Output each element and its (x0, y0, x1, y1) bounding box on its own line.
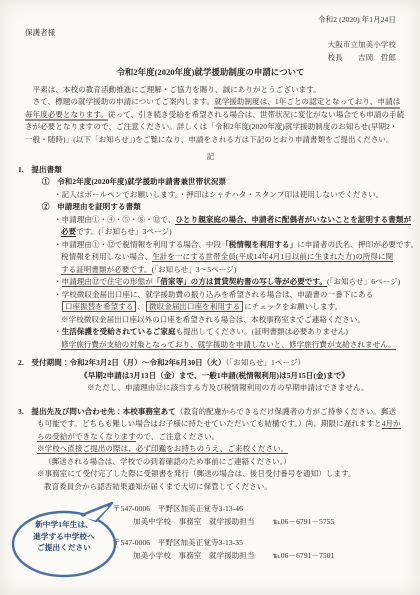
text-line: ・申請理由①・④・⑤・⑧・⑫で、ひとり親家庭の場合、申請者に配偶者がいないことを… (54, 214, 396, 227)
text-segment: ※事務室にて受付完了した際に受領書を発行（郵送の場合は、後日受付番号を通知）しま… (37, 469, 356, 478)
bubble-line: 新中学1年生は、 (16, 519, 112, 531)
bubble-line: ご提出ください (16, 542, 112, 554)
text-segment: に申請者の氏名、押印が必要です。 (297, 240, 418, 249)
document-footer: 新中学1年生は、 進学する中学校へ ご提出ください 〒547-0006 平野区加… (25, 503, 396, 593)
text-segment: ので、ご注意ください。 (136, 432, 219, 441)
text-segment: にチェックをお願いします。 (244, 302, 342, 311)
text-line: ・記入はボールペンでお願いします。・押印はシャチハタ・スタンプ印は使用しないでく… (54, 189, 396, 202)
text-line: 口座振替を希望する、徴収金届出口座を利用するにチェックをお願いします。 (61, 301, 396, 314)
text-line: 毎年度必要となります。従って、引き続き受給を希望される場合は、世帯状況に変化がな… (25, 109, 396, 122)
text-segment: 口座振替を希望する (62, 301, 136, 312)
contact-address: 〒547-0006 平野区加美正覚寺3-13-46 (113, 503, 396, 516)
document-title: 令和2年度(2020年度)就学援助制度の申請について (25, 67, 396, 80)
text-segment: 従って、引き続き受給を希望される場合は、世帯状況に変化がない場合でも申請の手続 (108, 110, 404, 119)
text-segment: ・ (54, 277, 62, 286)
text-line: も可能です。どちらも難しい場合はお子様に持たせていただいても結構です。）尚、期限… (37, 418, 396, 431)
text-segment: ※学校徴収金届出口座以外の口座を希望される場合は、本校事務室までご連絡ください。 (61, 315, 365, 324)
text-segment: 《早期2申請は3月13日（金）まで、一般1申請(税情報利用)は5月15日(金)ま… (80, 371, 349, 380)
text-segment: 毎年度必要となります。 (25, 110, 108, 122)
contact-office-line: 加美中学校 事務室 就学援助担当℡06－6791－5755 (133, 516, 396, 529)
bubble-line: 進学する中学校へ (16, 531, 112, 543)
text-line: （郵送される場合は、学校での到着確認のため事前にご連絡ください。） (44, 456, 396, 469)
text-segment: ※学校へ直接ご提出の際は、必ず印鑑をお持ちのうえ、ご来校ください。 (37, 444, 288, 454)
contact-office: 加美中学校 事務室 就学援助担当 (133, 517, 255, 526)
contact-junior-high-school: 〒547-0006 平野区加美正覚寺3-13-46 加美中学校 事務室 就学援助… (113, 503, 396, 528)
contact-address: 〒547-0006 平野区加美正覚寺3-13-35 (113, 537, 396, 550)
recipient: 保護者様 (25, 27, 396, 40)
text-segment: ・申請理由①・⑫で税情報を利用する場合、中段 (54, 240, 221, 249)
school-name: 大阪市立加美小学校 (25, 39, 396, 52)
text-line: ・生活保護を受給されているご家庭も提出してください。(証明書類は必要ありません) (54, 326, 396, 339)
text-line: ※学校徴収金届出口座以外の口座を希望される場合は、本校事務室までご連絡ください。 (61, 314, 396, 327)
text-line: ・申請理由①・⑫で税情報を利用する場合、中段「税情報を利用する」に申請者の氏名、… (54, 239, 396, 252)
text-line: さて、標題の就学援助の申請についてご案内します。就学援助制度は、1年ごとの認定と… (25, 96, 396, 109)
text-segment: 一般・随時)」(以下「お知らせ」)をご覧になり、申請をされる方は下記のとおり申請… (25, 135, 394, 144)
text-line: ② 申請理由を証明する書類 (42, 201, 396, 214)
text-segment: 申請理由⑫で住宅の形態が (62, 277, 153, 287)
document-body: 平素は、本校の教育活動推進にご理解・ご協力を賜り、誠にありがとうございます。 さ… (25, 84, 396, 494)
text-segment: ・記入はボールペンでお願いします。・押印はシャチハタ・スタンプ印は使用しないでく… (54, 190, 383, 199)
text-segment: ・学校徴収金届出口座に、就学援助費の振り込みを希望される場合は、申請書の一番下に… (54, 290, 373, 299)
text-segment: 生活保護を受給されているご家庭 (62, 327, 176, 336)
text-segment: 「借家等」の方は賃貸契約書の写し等が必要です。 (153, 277, 327, 287)
contact-tel: ℡06－6791－5755 (273, 517, 335, 526)
text-segment: も可能です。どちらも難しい場合はお子様に持たせていただいても結構です。）尚、期限… (37, 419, 382, 428)
text-line: する証明書類が必要です。(「お知らせ」3～5ページ) (61, 264, 396, 277)
text-line: 一般・随時)」(以下「お知らせ」)をご覧になり、申請をされる方は下記のとおり申請… (25, 134, 396, 147)
text-segment: （「お知らせ」1ページ） (226, 358, 306, 367)
text-segment: 平素は、本校の教育活動推進にご理解・ご協力を賜り、誠にありがとうございます。 (25, 85, 321, 94)
text-line: 平素は、本校の教育活動推進にご理解・ご協力を賜り、誠にありがとうございます。 (25, 84, 396, 97)
text-segment: 教育委員会から認否結果通知が届くまで大切に保管してください。 (44, 482, 272, 491)
text-segment: 「税情報を利用する」 (221, 240, 297, 249)
text-segment: ・ (54, 327, 62, 336)
text-segment: 就学援助制度は、1年ごとの認定となっており、申請は (214, 97, 400, 109)
text-line: 《早期2申請は3月13日（金）まで、一般1申請(税情報利用)は5月15日(金)ま… (80, 370, 396, 383)
text-segment: さて、標題の就学援助の申請についてご案内します。 (25, 97, 214, 106)
text-line: ① 令和2年度(2020年度)就学援助申請書兼世帯状況票 (42, 176, 396, 189)
text-line: ※学校へ直接ご提出の際は、必ず印鑑をお持ちのうえ、ご来校ください。 (37, 443, 396, 456)
text-line: 税情報を利用しない場合、生計を一にする世帯全員(平成14年4月1日以前に生まれた… (61, 251, 396, 264)
text-segment: 記 (207, 152, 215, 161)
text-segment: ※ただし、申請理由⑫に該当する方及び税情報利用の方の早期申請はできません。 (87, 383, 369, 392)
contact-office-line: 加美小学校 事務室 就学援助担当℡06－6791－7501 (133, 550, 396, 563)
text-segment: 修学旅行費が支給の対象となっており、就学援助を申請しないと、修学旅行費が支給され… (61, 340, 396, 350)
text-line: 必要です。(「お知らせ」3ページ) (61, 226, 396, 239)
text-line: ※事務室にて受付完了した際に受領書を発行（郵送の場合は、後日受付番号を通知）しま… (37, 468, 396, 481)
text-segment: （郵送される場合は、学校での到着確認のため事前にご連絡ください。） (44, 457, 291, 466)
text-segment: きが必要となりますので、ご注意ください。詳しくは「令和2年度(2020年度)就学… (25, 122, 398, 131)
section-3-heading: 3. 提出先及び問い合わせ先：本校事務室あて（教育的配慮からできるだけ保護者の方… (18, 406, 396, 419)
text-segment: も提出してください。(証明書類は必要ありません) (176, 327, 348, 336)
text-segment: ・申請理由①・④・⑤・⑧・⑫で、 (54, 215, 175, 224)
text-segment: 3. 提出先及び問い合わせ先：本校事務室あて (18, 407, 176, 416)
text-line: ・学校徴収金届出口座に、就学援助費の振り込みを希望される場合は、申請書の一番下に… (54, 289, 396, 302)
text-segment: ひとり親家庭の場合、申請者に配偶者がいないことを証明する書類が (175, 215, 411, 225)
text-line: ※ただし、申請理由⑫に該当する方及び税情報利用の方の早期申請はできません。 (87, 382, 396, 395)
text-segment: 税情報を利用しない場合、 (61, 252, 152, 261)
text-line: 修学旅行費が支給の対象となっており、就学援助を申請しないと、修学旅行費が支給され… (61, 339, 396, 352)
document-page: 令和2 (2020) 年1月24日 保護者様 大阪市立加美小学校 校長 吉岡 哲… (0, 0, 420, 595)
text-segment: 必要 (61, 227, 76, 237)
text-segment: らの受給ができなくなります (37, 432, 136, 442)
section-1-heading: 1. 提出書類 (18, 164, 396, 177)
text-line: らの受給ができなくなりますので、ご注意ください。 (37, 431, 396, 444)
text-segment: 2. 受付期間：令和2年3月2日（月）～令和2年6月30日（火） (18, 358, 226, 367)
text-segment: ② 申請理由を証明する書類 (42, 202, 141, 211)
text-segment: 生計を一にする世帯全員(平成14年4月1日以前に生まれた方)の所得に関 (152, 252, 393, 262)
text-segment: （教育的配慮からできるだけ保護者の方がご持参ください。郵送 (176, 407, 396, 416)
text-segment: ① 令和2年度(2020年度)就学援助申請書兼世帯状況票 (42, 177, 226, 186)
text-segment: 1. 提出書類 (18, 165, 62, 174)
text-segment: (「お知らせ」3～5ページ) (152, 265, 237, 274)
text-segment: する証明書類が必要です。 (61, 265, 152, 275)
document-date: 令和2 (2020) 年1月24日 (25, 14, 396, 27)
text-segment: (「お知らせ」6ページ) (327, 277, 400, 286)
text-segment: 徴収金届出口座を利用する (146, 301, 243, 312)
contact-list: 〒547-0006 平野区加美正覚寺3-13-46 加美中学校 事務室 就学援助… (113, 503, 396, 562)
text-line: きが必要となりますので、ご注意ください。詳しくは「令和2年度(2020年度)就学… (25, 121, 396, 134)
text-line: ・申請理由⑫で住宅の形態が「借家等」の方は賃貸契約書の写し等が必要です。(「お知… (54, 276, 396, 289)
bubble-text: 新中学1年生は、 進学する中学校へ ご提出ください (16, 519, 112, 554)
contact-elementary-school: 〒547-0006 平野区加美正覚寺3-13-35 加美小学校 事務室 就学援助… (113, 537, 396, 562)
text-segment: 、 (137, 302, 145, 311)
contact-tel: ℡06－6791－7501 (273, 551, 335, 560)
speech-bubble: 新中学1年生は、 進学する中学校へ ご提出ください (8, 501, 120, 581)
document-content: 令和2 (2020) 年1月24日 保護者様 大阪市立加美小学校 校長 吉岡 哲… (0, 0, 420, 595)
text-segment: 4月か (382, 419, 401, 429)
ki-marker: 記 (25, 151, 396, 164)
section-2-heading: 2. 受付期間：令和2年3月2日（月）～令和2年6月30日（火）（「お知らせ」1… (18, 357, 396, 370)
text-line: 教育委員会から認否結果通知が届くまで大切に保管してください。 (44, 481, 396, 494)
contact-office: 加美小学校 事務室 就学援助担当 (133, 551, 255, 560)
text-segment: です。(「お知らせ」3ページ) (76, 227, 172, 236)
principal-name: 校長 吉岡 哲郎 (25, 52, 396, 65)
